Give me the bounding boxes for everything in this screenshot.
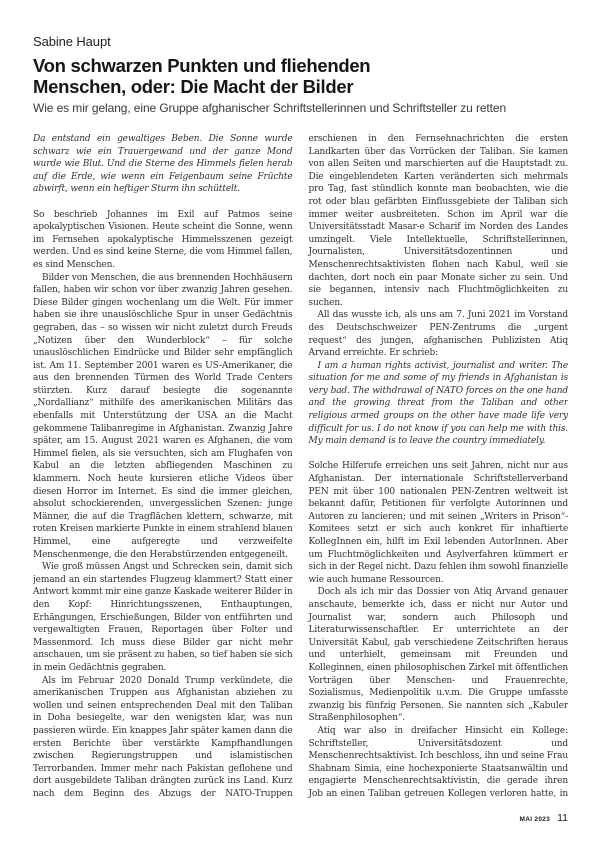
article-body: Da entstand ein gewaltiges Beben. Die So…: [33, 133, 568, 803]
title-line-2: Menschen, oder: Die Macht der Bilder: [33, 77, 568, 98]
article-paragraph: Doch als ich mir das Dossier von Atiq Ar…: [309, 586, 569, 725]
author-name: Sabine Haupt: [33, 34, 568, 50]
article-header: Sabine Haupt Von schwarzen Punkten und f…: [33, 34, 568, 116]
magazine-page: Sabine Haupt Von schwarzen Punkten und f…: [0, 0, 600, 849]
article-paragraph: Da entstand ein gewaltiges Beben. Die So…: [33, 133, 293, 196]
footer-issue-date: MAI 2023: [520, 816, 551, 823]
article-paragraph: Solche Hilferufe erreichen uns seit Jahr…: [309, 460, 569, 586]
article-paragraph: All das wusste ich, als uns am 7. Juni 2…: [309, 309, 569, 359]
page-footer: MAI 2023 11: [520, 812, 569, 824]
article-paragraph: Wie groß müssen Angst und Schrecken sein…: [33, 561, 293, 674]
footer-page-number: 11: [557, 812, 568, 824]
page-title: Von schwarzen Punkten und fliehenden Men…: [33, 56, 568, 97]
title-line-1: Von schwarzen Punkten und fliehenden: [33, 56, 568, 77]
page-subtitle: Wie es mir gelang, eine Gruppe afghanisc…: [33, 101, 568, 116]
article-paragraph-english-quote: I am a human rights activist, journalist…: [309, 360, 569, 448]
article-paragraph: So beschrieb Johannes im Exil auf Patmos…: [33, 209, 293, 272]
article-paragraph: Bilder von Menschen, die aus brennenden …: [33, 272, 293, 562]
